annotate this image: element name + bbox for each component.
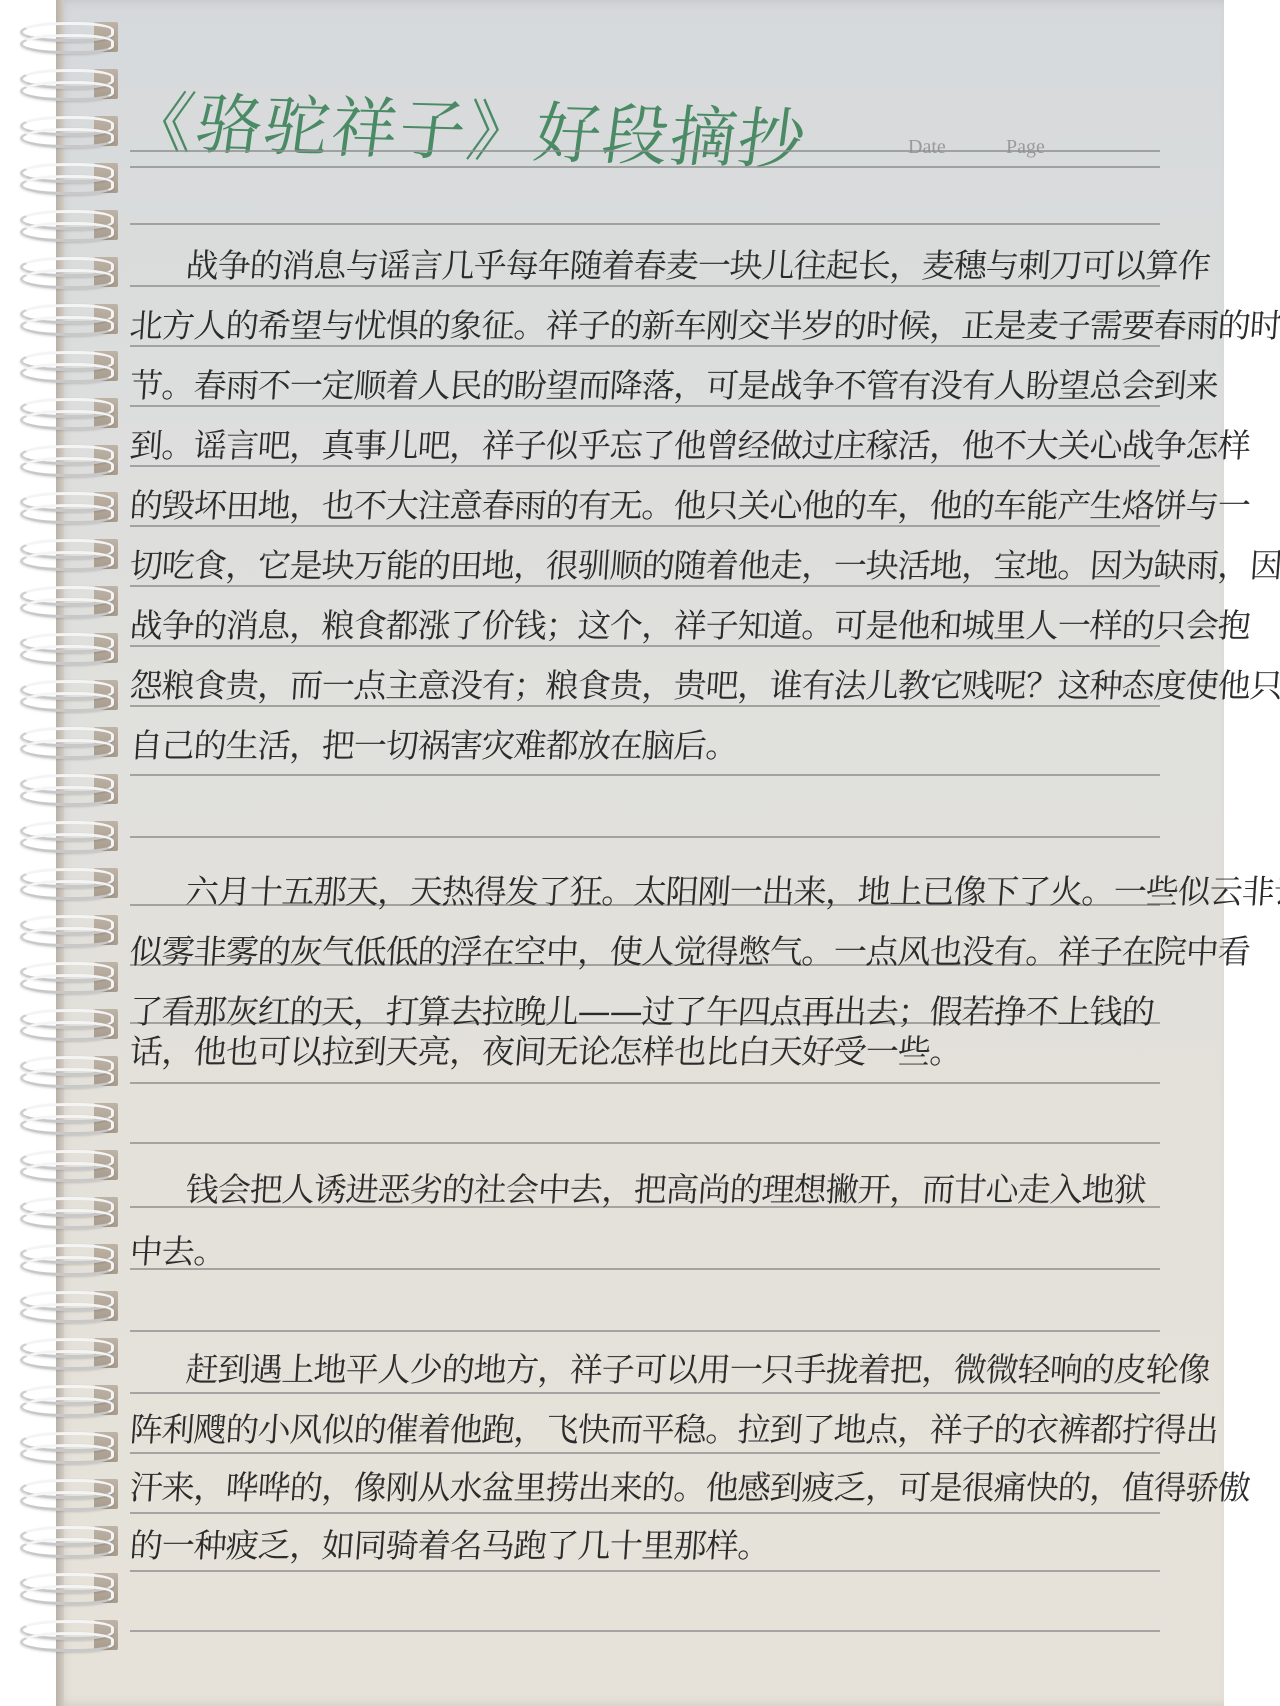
spiral-ring xyxy=(18,727,123,757)
text-line: 阵利飕的小风似的催着他跑，飞快而平稳。拉到了地点，祥子的衣裤都拧得出 xyxy=(128,1404,1219,1451)
spiral-ring xyxy=(18,22,123,52)
spiral-ring xyxy=(18,257,123,287)
ruled-line xyxy=(130,223,1160,225)
ring-loop xyxy=(20,1444,114,1464)
spiral-ring xyxy=(18,116,123,146)
spiral-ring xyxy=(18,774,123,804)
ruled-line xyxy=(130,836,1160,838)
spiral-ring xyxy=(18,1338,123,1368)
ruled-line xyxy=(130,774,1160,776)
ring-loop xyxy=(20,363,114,383)
ring-loop xyxy=(20,1115,114,1135)
spiral-ring xyxy=(18,1620,123,1650)
ring-loop xyxy=(20,833,114,853)
ring-loop xyxy=(20,81,114,101)
page-title: 《骆驼祥子》好段摘抄 xyxy=(123,69,813,182)
spiral-ring xyxy=(18,351,123,381)
ring-loop xyxy=(20,1585,114,1605)
spiral-ring xyxy=(18,1009,123,1039)
ring-loop xyxy=(20,927,114,947)
spiral-ring xyxy=(18,1103,123,1133)
spiral-ring xyxy=(18,915,123,945)
ring-loop xyxy=(20,739,114,759)
spiral-ring xyxy=(18,1150,123,1180)
ring-loop xyxy=(20,1538,114,1558)
ruled-line xyxy=(130,1142,1160,1144)
ring-loop xyxy=(20,974,114,994)
ring-loop xyxy=(20,1162,114,1182)
spiral-ring xyxy=(18,210,123,240)
spiral-ring xyxy=(18,1526,123,1556)
ruled-line xyxy=(130,1392,1160,1394)
ruled-line xyxy=(130,166,1160,168)
text-line: 北方人的希望与忧惧的象征。祥子的新车刚交半岁的时候，正是麦子需要春雨的时 xyxy=(128,300,1280,347)
spiral-ring xyxy=(18,1291,123,1321)
ring-loop xyxy=(20,1021,114,1041)
ruled-line xyxy=(130,1330,1160,1332)
spiral-ring xyxy=(18,1197,123,1227)
text-line: 节。春雨不一定顺着人民的盼望而降落，可是战争不管有没有人盼望总会到来 xyxy=(128,360,1219,407)
text-line: 切吃食，它是块万能的田地，很驯顺的随着他走，一块活地，宝地。因为缺雨，因为 xyxy=(128,540,1280,587)
ruled-line xyxy=(130,1268,1160,1270)
ring-loop xyxy=(20,504,114,524)
spiral-ring xyxy=(18,1056,123,1086)
printed-page-label: Page xyxy=(1006,136,1045,159)
ring-loop xyxy=(20,1491,114,1511)
ring-loop xyxy=(20,316,114,336)
text-line: 赶到遇上地平人少的地方，祥子可以用一只手拢着把，微微轻响的皮轮像 xyxy=(184,1344,1211,1391)
ring-loop xyxy=(20,786,114,806)
ring-loop xyxy=(20,598,114,618)
spiral-ring xyxy=(18,868,123,898)
spiral-ring xyxy=(18,163,123,193)
spiral-ring xyxy=(18,69,123,99)
text-line: 汗来，哗哗的，像刚从水盆里捞出来的。他感到疲乏，可是很痛快的，值得骄傲 xyxy=(128,1462,1251,1509)
ring-loop xyxy=(20,692,114,712)
ring-loop xyxy=(20,1397,114,1417)
spiral-ring xyxy=(18,1573,123,1603)
ruled-line xyxy=(130,1512,1160,1514)
ring-loop xyxy=(20,1256,114,1276)
spiral-ring xyxy=(18,962,123,992)
ring-loop xyxy=(20,457,114,477)
ruled-line xyxy=(130,1570,1160,1572)
text-line: 似雾非雾的灰气低低的浮在空中，使人觉得憋气。一点风也没有。祥子在院中看 xyxy=(128,926,1251,973)
text-line: 中去。 xyxy=(128,1226,227,1273)
spiral-ring xyxy=(18,586,123,616)
ruled-line xyxy=(130,150,1160,152)
text-line: 话，他也可以拉到天亮，夜间无论怎样也比白天好受一些。 xyxy=(128,1026,963,1073)
text-line: 钱会把人诱进恶劣的社会中去，把高尚的理想撇开，而甘心走入地狱 xyxy=(184,1164,1147,1211)
ring-loop xyxy=(20,222,114,242)
spiral-ring xyxy=(18,1244,123,1274)
text-line: 怨粮食贵，而一点主意没有；粮食贵，贵吧，谁有法儿教它贱呢？这种态度使他只顾 xyxy=(128,660,1280,707)
ring-loop xyxy=(20,1632,114,1652)
ring-loop xyxy=(20,1303,114,1323)
ring-loop xyxy=(20,175,114,195)
spiral-ring xyxy=(18,680,123,710)
spiral-ring xyxy=(18,1432,123,1462)
spiral-ring xyxy=(18,398,123,428)
ruled-line xyxy=(130,1630,1160,1632)
spiral-ring xyxy=(18,1479,123,1509)
text-line: 到。谣言吧，真事儿吧，祥子似乎忘了他曾经做过庄稼活，他不大关心战争怎样 xyxy=(128,420,1251,467)
text-line: 战争的消息，粮食都涨了价钱；这个，祥子知道。可是他和城里人一样的只会抱 xyxy=(128,600,1251,647)
ring-loop xyxy=(20,269,114,289)
ruled-line xyxy=(130,1452,1160,1454)
ring-loop xyxy=(20,645,114,665)
ring-loop xyxy=(20,1350,114,1370)
ruled-line xyxy=(130,1082,1160,1084)
ring-loop xyxy=(20,880,114,900)
ring-loop xyxy=(20,1209,114,1229)
text-line: 自己的生活，把一切祸害灾难都放在脑后。 xyxy=(128,720,739,767)
ring-loop xyxy=(20,551,114,571)
printed-date-label: Date xyxy=(908,136,946,159)
spiral-binding xyxy=(18,0,128,1706)
spiral-ring xyxy=(18,492,123,522)
spiral-ring xyxy=(18,445,123,475)
text-line: 的毁坏田地，也不大注意春雨的有无。他只关心他的车，他的车能产生烙饼与一 xyxy=(128,480,1251,527)
ring-loop xyxy=(20,128,114,148)
ring-loop xyxy=(20,34,114,54)
spiral-ring xyxy=(18,821,123,851)
spiral-ring xyxy=(18,633,123,663)
text-line: 六月十五那天，天热得发了狂。太阳刚一出来，地上已像下了火。一些似云非云， xyxy=(184,866,1280,913)
text-line: 战争的消息与谣言几乎每年随着春麦一块儿往起长，麦穗与刺刀可以算作 xyxy=(184,240,1211,287)
ring-loop xyxy=(20,1068,114,1088)
spiral-ring xyxy=(18,1385,123,1415)
text-line: 的一种疲乏，如同骑着名马跑了几十里那样。 xyxy=(128,1520,771,1567)
spiral-ring xyxy=(18,539,123,569)
ring-loop xyxy=(20,410,114,430)
spiral-ring xyxy=(18,304,123,334)
